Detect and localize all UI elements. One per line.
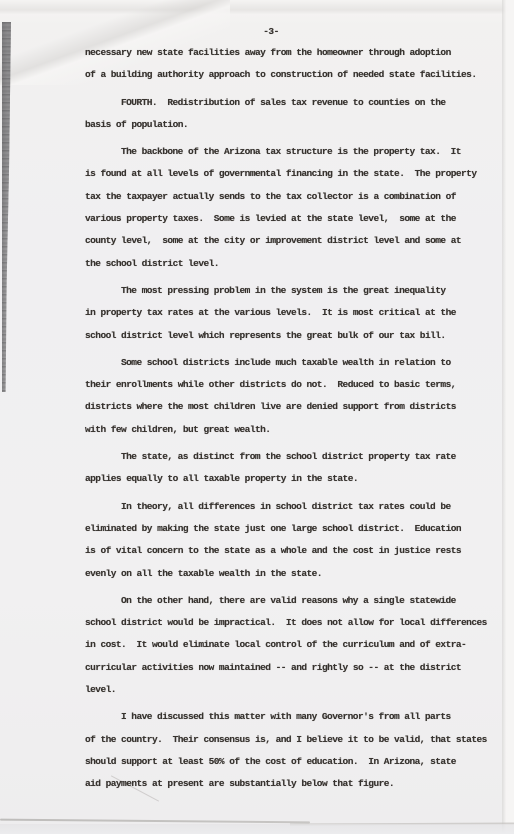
paragraphs-container: necessary new state facilities away from…	[85, 42, 487, 796]
paragraph: necessary new state facilities away from…	[85, 42, 487, 87]
text-line: is of vital concern to the state as a wh…	[85, 540, 487, 562]
text-line: level.	[85, 679, 487, 701]
text-line: in cost. It would eliminate local contro…	[85, 634, 487, 656]
text-line: FOURTH. Redistribution of sales tax reve…	[85, 92, 487, 114]
paragraph: The state, as distinct from the school d…	[85, 446, 487, 491]
paragraph: The most pressing problem in the system …	[85, 280, 487, 347]
scanned-page: -3- necessary new state facilities away …	[0, 0, 514, 834]
text-line: with few children, but great wealth.	[85, 419, 487, 441]
text-line: aid payments at present are substantiall…	[85, 773, 487, 795]
text-line: evenly on all the taxable wealth in the …	[85, 563, 487, 585]
text-line: The backbone of the Arizona tax structur…	[85, 141, 487, 163]
text-line: basis of population.	[85, 114, 487, 136]
text-line: their enrollments while other districts …	[85, 374, 487, 396]
text-line: school district level which represents t…	[85, 325, 487, 347]
text-line: tax the taxpayer actually sends to the t…	[85, 186, 487, 208]
paragraph: I have discussed this matter with many G…	[85, 706, 487, 795]
text-line: various property taxes. Some is levied a…	[85, 208, 487, 230]
text-line: county level, some at the city or improv…	[85, 230, 487, 252]
text-line: On the other hand, there are valid reaso…	[85, 590, 487, 612]
text-line: is found at all levels of governmental f…	[85, 163, 487, 185]
text-line: school district would be impractical. It…	[85, 612, 487, 634]
text-line: of the country. Their consensus is, and …	[85, 729, 487, 751]
text-line: The state, as distinct from the school d…	[85, 446, 487, 468]
text-line: The most pressing problem in the system …	[85, 280, 487, 302]
text-line: should support at least 50% of the cost …	[85, 751, 487, 773]
paragraph: On the other hand, there are valid reaso…	[85, 590, 487, 701]
scan-edge-artifact	[2, 22, 11, 392]
text-line: in property tax rates at the various lev…	[85, 302, 487, 324]
text-line: eliminated by making the state just one …	[85, 518, 487, 540]
text-line: curricular activities now maintained -- …	[85, 657, 487, 679]
text-line: In theory, all differences in school dis…	[85, 496, 487, 518]
text-line: necessary new state facilities away from…	[85, 42, 487, 64]
paper-crease-bottom	[0, 819, 310, 824]
page-right-edge	[502, 0, 514, 834]
text-line: I have discussed this matter with many G…	[85, 706, 487, 728]
text-line: the school district level.	[85, 253, 487, 275]
paragraph: In theory, all differences in school dis…	[85, 496, 487, 585]
page-number: -3-	[85, 26, 457, 37]
paragraph: The backbone of the Arizona tax structur…	[85, 141, 487, 275]
text-line: applies equally to all taxable property …	[85, 468, 487, 490]
paragraph: FOURTH. Redistribution of sales tax reve…	[85, 92, 487, 137]
paragraph: Some school districts include much taxab…	[85, 352, 487, 441]
text-line: districts where the most children live a…	[85, 396, 487, 418]
text-line: of a building authority approach to cons…	[85, 64, 487, 86]
text-line: Some school districts include much taxab…	[85, 352, 487, 374]
page-bottom-shade	[0, 824, 514, 834]
